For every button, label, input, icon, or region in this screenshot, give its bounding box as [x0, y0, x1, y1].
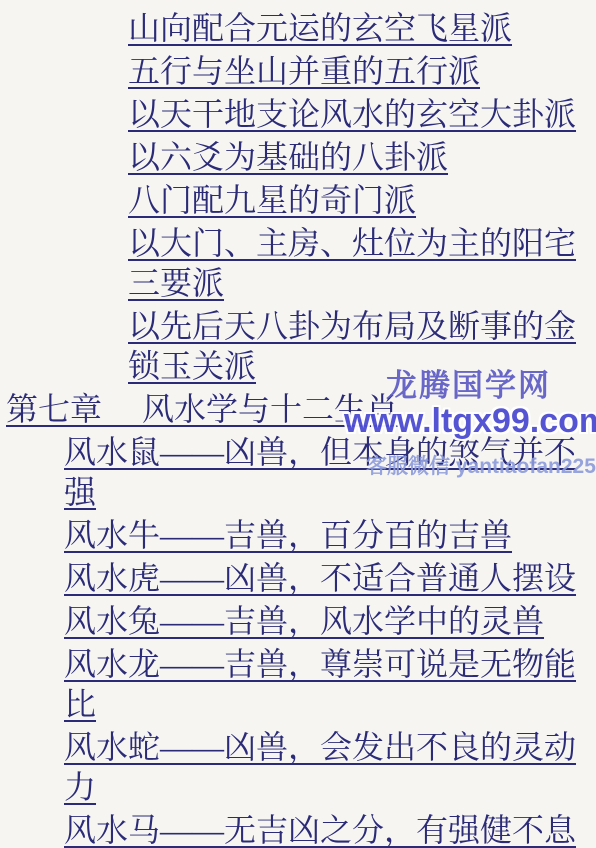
toc-entry-zodiac-snake[interactable]: 风水蛇——凶兽，会发出不良的灵动力 [64, 727, 588, 807]
toc-entry-yangzhai-sanyao[interactable]: 以大门、主房、灶位为主的阳宅三要派 [128, 223, 588, 303]
toc-entry-xuankong-dagua[interactable]: 以天干地支论风水的玄空大卦派 [128, 94, 588, 134]
toc-entry-wuxing[interactable]: 五行与坐山并重的五行派 [128, 51, 588, 91]
toc-entry-zodiac-horse[interactable]: 风水马——无吉凶之分，有强健不息 [64, 810, 588, 848]
toc-entry-zodiac-ox[interactable]: 风水牛——吉兽，百分百的吉兽 [64, 515, 588, 555]
toc-entry-zodiac-rabbit[interactable]: 风水兔——吉兽，风水学中的灵兽 [64, 601, 588, 641]
toc-entry-xuankong-feixing[interactable]: 山向配合元运的玄空飞星派 [128, 8, 588, 48]
toc-entry-zodiac-rat[interactable]: 风水鼠——凶兽，但本身的煞气并不强 [64, 432, 588, 512]
toc-entry-qimen[interactable]: 八门配九星的奇门派 [128, 180, 588, 220]
toc-entry-bagua[interactable]: 以六爻为基础的八卦派 [128, 137, 588, 177]
chapter-heading[interactable]: 第七章 风水学与十二生肖 [6, 389, 588, 429]
toc-entry-zodiac-tiger[interactable]: 风水虎——凶兽，不适合普通人摆设 [64, 558, 588, 598]
toc-entry-jinsuo-yuguan[interactable]: 以先后天八卦为布局及断事的金锁玉关派 [128, 306, 588, 386]
scanned-toc-page: 山向配合元运的玄空飞星派 五行与坐山并重的五行派 以天干地支论风水的玄空大卦派 … [0, 0, 596, 848]
toc-entry-zodiac-dragon[interactable]: 风水龙——吉兽，尊崇可说是无物能比 [64, 644, 588, 724]
